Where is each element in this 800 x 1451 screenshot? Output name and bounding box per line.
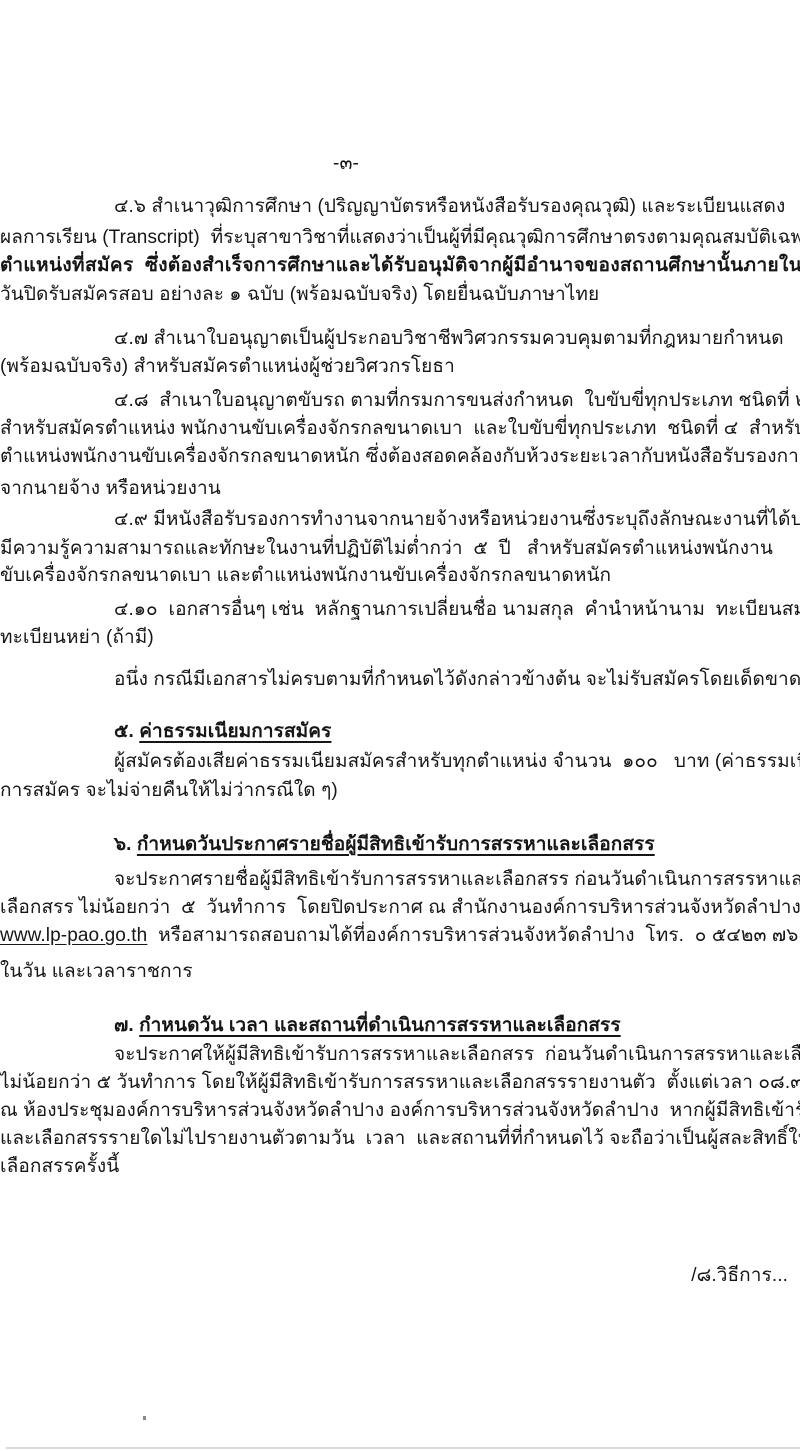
- section-6-line-2: เลือกสรร ไม่น้อยกว่า ๕ วันทำการ โดยปิดปร…: [0, 894, 800, 921]
- section-5-title: ค่าธรรมเนียมการสมัคร: [139, 721, 331, 742]
- clause-4-6-line-2: ผลการเรียน (Transcript) ที่ระบุสาขาวิชาท…: [0, 224, 800, 251]
- clause-4-6-line-1: ๔.๖ สำเนาวุฒิการศึกษา (ปริญญาบัตรหรือหนั…: [0, 193, 800, 220]
- section-5-line-1: ผู้สมัครต้องเสียค่าธรรมเนียมสมัครสำหรับท…: [0, 748, 800, 775]
- section-7-line-3: ณ ห้องประชุมองค์การบริหารส่วนจังหวัดลำปา…: [0, 1097, 800, 1124]
- section-6-number: ๖.: [114, 834, 137, 855]
- remark-no-documents: อนึ่ง กรณีมีเอกสารไม่ครบตามที่กำหนดไว้ดั…: [0, 666, 800, 693]
- clause-4-7-line-1: ๔.๗ สำเนาใบอนุญาตเป็นผู้ประกอบวิชาชีพวิศ…: [0, 325, 800, 352]
- section-6-heading: ๖. กำหนดวันประกาศรายชื่อผู้มีสิทธิเข้ารั…: [0, 831, 800, 858]
- clause-4-9-line-3: ขับเครื่องจักรกลขนาดเบา และตำแหน่งพนักงา…: [0, 562, 800, 589]
- scanned-document-page: -๓- ๔.๖ สำเนาวุฒิการศึกษา (ปริญญาบัตรหรื…: [0, 0, 800, 1451]
- clause-4-9-line-2: มีความรู้ความสามารถและทักษะในงานที่ปฏิบั…: [0, 535, 800, 562]
- section-6-line-4: ในวัน และเวลาราชการ: [0, 958, 800, 985]
- section-5-line-2: การสมัคร จะไม่จ่ายคืนให้ไม่ว่ากรณีใด ๆ): [0, 777, 800, 804]
- section-6-line-3: www.lp-pao.go.th หรือสามารถสอบถามได้ที่อ…: [0, 922, 800, 949]
- clause-4-6-line-3: ตำแหน่งที่สมัคร ซึ่งต้องสำเร็จการศึกษาแล…: [0, 252, 800, 279]
- clause-4-8-line-4: จากนายจ้าง หรือหน่วยงาน: [0, 475, 800, 502]
- continuation-mark: /๘.วิธีการ...: [0, 1262, 788, 1289]
- section-5-number: ๕.: [114, 721, 139, 742]
- clause-4-10-line-2: ทะเบียนหย่า (ถ้ามี): [0, 624, 800, 651]
- clause-4-8-line-1: ๔.๘ สำเนาใบอนุญาตขับรถ ตามที่กรมการขนส่ง…: [0, 387, 800, 414]
- page-number: -๓-: [0, 150, 692, 177]
- clause-4-10-line-1: ๔.๑๐ เอกสารอื่นๆ เช่น หลักฐานการเปลี่ยนช…: [0, 596, 800, 623]
- section-7-line-4: และเลือกสรรรายใดไม่ไปรายงานตัวตามวัน เวล…: [0, 1125, 800, 1152]
- section-5-heading: ๕. ค่าธรรมเนียมการสมัคร: [0, 718, 800, 745]
- section-7-line-2: ไม่น้อยกว่า ๕ วันทำการ โดยให้ผู้มีสิทธิเ…: [0, 1069, 800, 1096]
- section-7-number: ๗.: [114, 1015, 139, 1036]
- section-7-line-5: เลือกสรรครั้งนี้: [0, 1153, 800, 1180]
- clause-4-9-line-1: ๔.๙ มีหนังสือรับรองการทำงานจากนายจ้างหรื…: [0, 506, 800, 533]
- clause-4-6-line-4: วันปิดรับสมัครสอบ อย่างละ ๑ ฉบับ (พร้อมฉ…: [0, 281, 800, 308]
- scan-artifact-dot: [143, 1416, 146, 1420]
- section-6-line-1: จะประกาศรายชื่อผู้มีสิทธิเข้ารับการสรรหา…: [0, 866, 800, 893]
- section-7-line-1: จะประกาศให้ผู้มีสิทธิเข้ารับการสรรหาและเ…: [0, 1041, 800, 1068]
- clause-4-8-line-3: ตำแหน่งพนักงานขับเครื่องจักรกลขนาดหนัก ซ…: [0, 443, 800, 470]
- section-6-title: กำหนดวันประกาศรายชื่อผู้มีสิทธิเข้ารับกา…: [137, 834, 655, 855]
- section-7-heading: ๗. กำหนดวัน เวลา และสถานที่ดำเนินการสรรห…: [0, 1012, 800, 1039]
- clause-4-7-line-2: (พร้อมฉบับจริง) สำหรับสมัครตำแหน่งผู้ช่ว…: [0, 353, 800, 380]
- section-7-title: กำหนดวัน เวลา และสถานที่ดำเนินการสรรหาแล…: [139, 1015, 621, 1036]
- scan-artifact-bottom-edge: [6, 1447, 800, 1449]
- clause-4-8-line-2: สำหรับสมัครตำแหน่ง พนักงานขับเครื่องจักร…: [0, 415, 800, 442]
- section-6-line-3-rest: หรือสามารถสอบถามได้ที่องค์การบริหารส่วนจ…: [147, 925, 800, 946]
- website-url: www.lp-pao.go.th: [0, 925, 147, 946]
